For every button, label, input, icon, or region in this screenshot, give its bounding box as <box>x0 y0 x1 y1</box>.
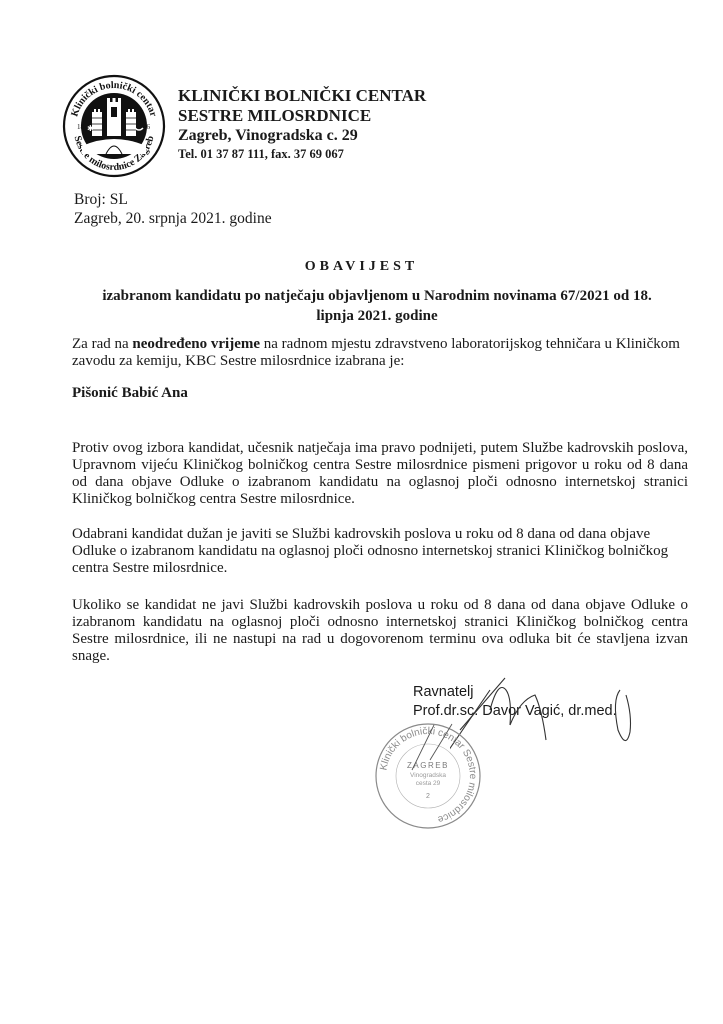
reference-number: Broj: SL <box>74 190 272 209</box>
handwritten-signature-icon <box>450 670 690 780</box>
official-stamp: Klinički bolnički centar Sestre milosrdn… <box>372 720 484 832</box>
svg-text:2: 2 <box>426 793 430 800</box>
employment-type: neodređeno vrijeme <box>132 336 260 352</box>
stamp-icon: Klinički bolnički centar Sestre milosrdn… <box>372 720 484 832</box>
institution-name: KLINIČKI BOLNIČKI CENTAR <box>178 86 426 106</box>
svg-text:✱: ✱ <box>87 124 94 133</box>
intro-paragraph: Za rad na neodređeno vrijeme na radnom m… <box>72 336 688 370</box>
svg-text:cesta 29: cesta 29 <box>416 780 441 787</box>
institution-contact: Tel. 01 37 87 111, fax. 37 69 067 <box>178 146 426 163</box>
candidate-name: Pišonić Babić Ana <box>72 385 188 402</box>
svg-text:46: 46 <box>143 123 151 131</box>
institution-address: Zagreb, Vinogradska c. 29 <box>178 126 426 146</box>
paragraph-reporting: Odabrani kandidat dužan je javiti se Slu… <box>72 526 688 577</box>
document-title: OBAVIJEST <box>0 259 723 275</box>
letterhead: KLINIČKI BOLNIČKI CENTAR SESTRE MILOSRDN… <box>178 86 426 163</box>
hospital-logo: Klinički bolnički centar Sestre milosrdn… <box>62 74 166 178</box>
svg-text:18: 18 <box>77 123 85 131</box>
svg-text:ZAGREB: ZAGREB <box>407 761 449 770</box>
hospital-crest-icon: Klinički bolnički centar Sestre milosrdn… <box>62 74 166 178</box>
svg-text:Vinogradska: Vinogradska <box>410 772 446 779</box>
institution-subname: SESTRE MILOSRDNICE <box>178 106 426 126</box>
document-meta: Broj: SL Zagreb, 20. srpnja 2021. godine <box>74 190 272 228</box>
document-subtitle: izabranom kandidatu po natječaju objavlj… <box>82 286 672 326</box>
paragraph-invalidation: Ukoliko se kandidat ne javi Službi kadro… <box>72 597 688 665</box>
place-date: Zagreb, 20. srpnja 2021. godine <box>74 209 272 228</box>
paragraph-objection: Protiv ovog izbora kandidat, učesnik nat… <box>72 440 688 508</box>
